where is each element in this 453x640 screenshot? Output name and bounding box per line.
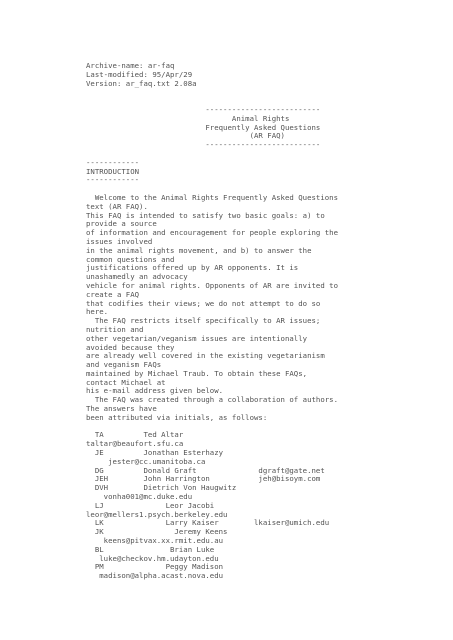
- faq-document-text: Archive-name: ar-faq Last-modified: 95/A…: [86, 62, 338, 581]
- document-page: Archive-name: ar-faq Last-modified: 95/A…: [0, 0, 453, 640]
